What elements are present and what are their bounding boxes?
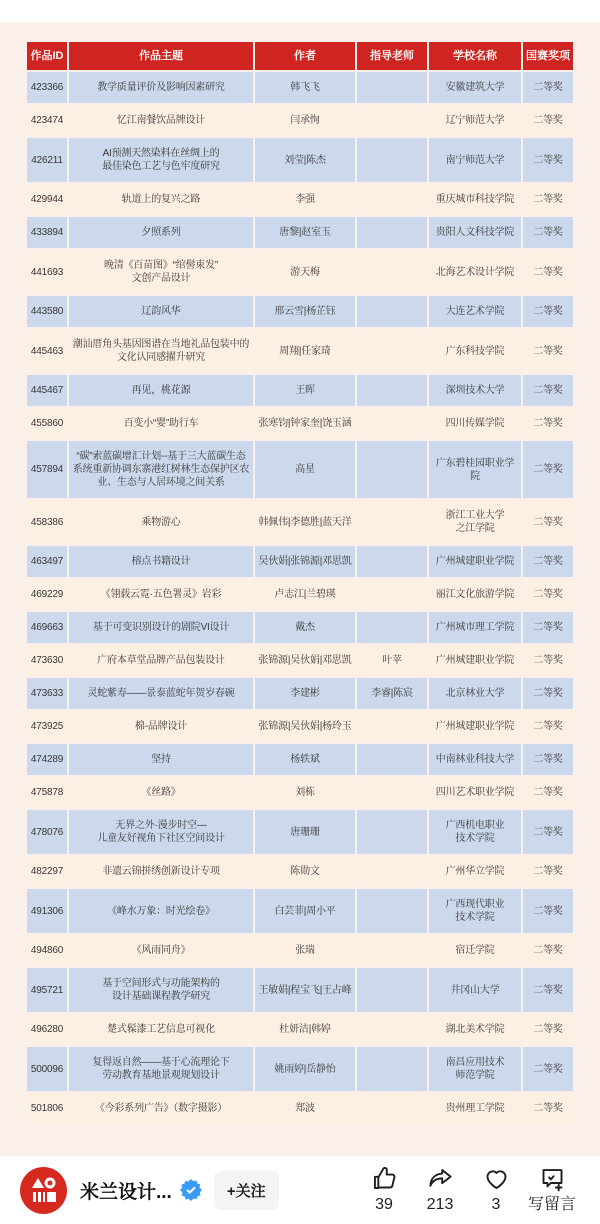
cell-award: 二等奖 <box>523 856 573 887</box>
table-row: 433894夕照系列唐黎|赵室玉贵阳人文科技学院二等奖 <box>27 217 573 248</box>
cell-school: 广州城建职业学院 <box>429 546 521 577</box>
cell-advisor <box>357 1093 427 1124</box>
cell-school: 安徽建筑大学 <box>429 72 521 103</box>
cell-school: 贵州理工学院 <box>429 1093 521 1124</box>
cell-advisor: 李睿|陈宸 <box>357 678 427 709</box>
cell-authors: 杨轶斌 <box>255 744 355 775</box>
cell-advisor <box>357 889 427 933</box>
cell-school: 丽江文化旅游学院 <box>429 579 521 610</box>
cell-title: 基于空间形式与功能架构的 设计基础课程教学研究 <box>69 968 253 1012</box>
comment-label: 写留言 <box>528 1195 576 1214</box>
cell-id: 475878 <box>27 777 67 808</box>
cell-authors: 白芸菲|周小平 <box>255 889 355 933</box>
table-row: 463497榕点书籍设计吴伙娟|张锦源|邓思凯广州城建职业学院二等奖 <box>27 546 573 577</box>
table-row: 455860百变小“婴”助行车张寒钧|钟家奎|饶玉涵四川传媒学院二等奖 <box>27 408 573 439</box>
cell-id: 426211 <box>27 138 67 182</box>
screen: 作品ID作品主题作者指导老师学校名称国赛奖项 423366教学质量评价及影响因素… <box>0 0 600 1224</box>
table-row: 445463潮汕厝角头基因图谱在当地礼品包装中的 文化认同感擢升研究周翔|任家琦… <box>27 329 573 373</box>
cell-advisor <box>357 579 427 610</box>
cell-title: 乘物游心 <box>69 500 253 544</box>
cell-authors: 闫承恂 <box>255 105 355 136</box>
cell-advisor <box>357 138 427 182</box>
cell-school: 广州城建职业学院 <box>429 645 521 676</box>
cell-school: 广州城建职业学院 <box>429 711 521 742</box>
cell-id: 433894 <box>27 217 67 248</box>
table-row: 494860《风雨同舟》张瑞宿迁学院二等奖 <box>27 935 573 966</box>
cell-school: 广西机电职业 技术学院 <box>429 810 521 854</box>
follow-button[interactable]: +关注 <box>214 1171 279 1210</box>
cell-school: 广州城市理工学院 <box>429 612 521 643</box>
cell-award: 二等奖 <box>523 250 573 294</box>
cell-school: 广州华立学院 <box>429 856 521 887</box>
table-row: 423474忆江南餐饮品牌设计闫承恂辽宁师范大学二等奖 <box>27 105 573 136</box>
cell-id: 463497 <box>27 546 67 577</box>
cell-advisor <box>357 777 427 808</box>
cell-title: 《风雨同舟》 <box>69 935 253 966</box>
cell-id: 496280 <box>27 1014 67 1045</box>
cell-advisor <box>357 105 427 136</box>
cell-title: 《翎载云霓·五色署灵》岩彩 <box>69 579 253 610</box>
table-row: 500096复得返自然——基于心流理论下 劳动教育基地景观规划设计姚雨婷|岳静怡… <box>27 1047 573 1091</box>
cell-title: 无界之外·漫步时空— 儿童友好视角下社区空间设计 <box>69 810 253 854</box>
cell-title: 晚清《百苗图》“绾髻束发” 文创产品设计 <box>69 250 253 294</box>
cell-school: 井冈山大学 <box>429 968 521 1012</box>
cell-award: 二等奖 <box>523 184 573 215</box>
cell-id: 423366 <box>27 72 67 103</box>
cell-advisor <box>357 1047 427 1091</box>
table-row: 441693晚清《百苗图》“绾髻束发” 文创产品设计游天梅北海艺术设计学院二等奖 <box>27 250 573 294</box>
cell-authors: 唐珊珊 <box>255 810 355 854</box>
cell-award: 二等奖 <box>523 579 573 610</box>
cell-school: 南昌应用技术 师范学院 <box>429 1047 521 1091</box>
cell-school: 北京林业大学 <box>429 678 521 709</box>
cell-award: 二等奖 <box>523 935 573 966</box>
cell-advisor <box>357 184 427 215</box>
table-row: 458386乘物游心韩佩伟|李德胜|蓝天洋浙江工业大学 之江学院二等奖 <box>27 500 573 544</box>
cell-id: 423474 <box>27 105 67 136</box>
table-row: 423366教学质量评价及影响因素研究韩飞飞安徽建筑大学二等奖 <box>27 72 573 103</box>
like-count: 39 <box>375 1195 393 1214</box>
cell-advisor <box>357 375 427 406</box>
cell-advisor <box>357 1014 427 1045</box>
cell-id: 473925 <box>27 711 67 742</box>
cell-title: 基于可变识别设计的剧院VI设计 <box>69 612 253 643</box>
cell-school: 浙江工业大学 之江学院 <box>429 500 521 544</box>
cell-school: 辽宁师范大学 <box>429 105 521 136</box>
cell-award: 二等奖 <box>523 711 573 742</box>
cell-award: 二等奖 <box>523 810 573 854</box>
cell-school: 宿迁学院 <box>429 935 521 966</box>
cell-authors: 韩佩伟|李德胜|蓝天洋 <box>255 500 355 544</box>
column-header: 国赛奖项 <box>523 42 573 70</box>
cell-school: 四川传媒学院 <box>429 408 521 439</box>
cell-award: 二等奖 <box>523 72 573 103</box>
cell-advisor <box>357 968 427 1012</box>
cell-school: 湖北美术学院 <box>429 1014 521 1045</box>
table-row: 473630广府本草堂品牌产品包装设计张锦源|吴伙娟|邓思凯叶苹广州城建职业学院… <box>27 645 573 676</box>
cell-advisor <box>357 408 427 439</box>
cell-authors: 李强 <box>255 184 355 215</box>
table-row: 475878《丝路》刘栋四川艺术职业学院二等奖 <box>27 777 573 808</box>
cell-award: 二等奖 <box>523 408 573 439</box>
cell-advisor <box>357 441 427 498</box>
cell-authors: 周翔|任家琦 <box>255 329 355 373</box>
cell-advisor <box>357 935 427 966</box>
cell-award: 二等奖 <box>523 105 573 136</box>
cell-id: 500096 <box>27 1047 67 1091</box>
cell-id: 469229 <box>27 579 67 610</box>
cell-award: 二等奖 <box>523 1093 573 1124</box>
cell-award: 二等奖 <box>523 546 573 577</box>
cell-award: 二等奖 <box>523 645 573 676</box>
cell-title: 再见，桃花源 <box>69 375 253 406</box>
column-header: 作者 <box>255 42 355 70</box>
cell-title: 坚持 <box>69 744 253 775</box>
table-row: 469229《翎载云霓·五色署灵》岩彩卢志江|兰碧瑛丽江文化旅游学院二等奖 <box>27 579 573 610</box>
column-header: 作品主题 <box>69 42 253 70</box>
cell-school: 深圳技术大学 <box>429 375 521 406</box>
avatar[interactable] <box>20 1167 67 1214</box>
cell-title: 非遗云锦拼绣创新设计专项 <box>69 856 253 887</box>
footer-bar: 米兰设计... +关注 39 213 <box>0 1156 600 1224</box>
cell-school: 南宁师范大学 <box>429 138 521 182</box>
cell-authors: 王晖 <box>255 375 355 406</box>
cell-id: 482297 <box>27 856 67 887</box>
cell-authors: 刘栋 <box>255 777 355 808</box>
cell-award: 二等奖 <box>523 375 573 406</box>
cell-advisor <box>357 250 427 294</box>
awards-table: 作品ID作品主题作者指导老师学校名称国赛奖项 423366教学质量评价及影响因素… <box>25 40 575 1126</box>
cell-advisor <box>357 217 427 248</box>
cell-id: 474289 <box>27 744 67 775</box>
cell-school: 重庆城市科技学院 <box>429 184 521 215</box>
cell-title: 轨道上的复兴之路 <box>69 184 253 215</box>
cell-authors: 戴杰 <box>255 612 355 643</box>
cell-advisor <box>357 612 427 643</box>
cell-authors: 邢云雪|杨芷钰 <box>255 296 355 327</box>
cell-id: 455860 <box>27 408 67 439</box>
cell-title: 广府本草堂品牌产品包装设计 <box>69 645 253 676</box>
cell-title: 棉-品牌设计 <box>69 711 253 742</box>
cell-advisor <box>357 72 427 103</box>
table-row: 473633灵蛇紫寿——景泰蓝蛇年贺岁春碗李建彬李睿|陈宸北京林业大学二等奖 <box>27 678 573 709</box>
cell-authors: 杜妍洁|韩婷 <box>255 1014 355 1045</box>
table-row: 443580辽韵风华邢云雪|杨芷钰大连艺术学院二等奖 <box>27 296 573 327</box>
cell-award: 二等奖 <box>523 296 573 327</box>
cell-award: 二等奖 <box>523 217 573 248</box>
cell-school: 贵阳人文科技学院 <box>429 217 521 248</box>
cell-award: 二等奖 <box>523 500 573 544</box>
cell-title: 楚式髹漆工艺信息可视化 <box>69 1014 253 1045</box>
cell-id: 478076 <box>27 810 67 854</box>
cell-authors: 唐黎|赵室玉 <box>255 217 355 248</box>
cell-title: 忆江南餐饮品牌设计 <box>69 105 253 136</box>
comment-plus-icon <box>539 1165 566 1192</box>
column-header: 指导老师 <box>357 42 427 70</box>
cell-school: 广西现代职业 技术学院 <box>429 889 521 933</box>
table-row: 445467再见，桃花源王晖深圳技术大学二等奖 <box>27 375 573 406</box>
cell-authors: 韩飞飞 <box>255 72 355 103</box>
share-arrow-icon <box>427 1165 454 1192</box>
cell-title: 辽韵风华 <box>69 296 253 327</box>
cell-authors: 刘莹|陈杰 <box>255 138 355 182</box>
cell-id: 501806 <box>27 1093 67 1124</box>
favorite-button[interactable]: 3 <box>468 1165 524 1214</box>
cell-id: 445467 <box>27 375 67 406</box>
comment-button[interactable]: 写留言 <box>524 1165 580 1214</box>
cell-title: 榕点书籍设计 <box>69 546 253 577</box>
cell-id: 457894 <box>27 441 67 498</box>
cell-id: 443580 <box>27 296 67 327</box>
column-header: 作品ID <box>27 42 67 70</box>
cell-school: 北海艺术设计学院 <box>429 250 521 294</box>
table-row: 496280楚式髹漆工艺信息可视化杜妍洁|韩婷湖北美术学院二等奖 <box>27 1014 573 1045</box>
cell-advisor <box>357 329 427 373</box>
cell-authors: 吴伙娟|张锦源|邓思凯 <box>255 546 355 577</box>
cell-school: 广东科技学院 <box>429 329 521 373</box>
cell-title: AI预测天然染料在丝绸上的 最佳染色工艺与色牢度研究 <box>69 138 253 182</box>
awards-post-image[interactable]: 作品ID作品主题作者指导老师学校名称国赛奖项 423366教学质量评价及影响因素… <box>0 22 600 1156</box>
table-row: 473925棉-品牌设计张锦源|吴伙娟|杨玲玉广州城建职业学院二等奖 <box>27 711 573 742</box>
cell-award: 二等奖 <box>523 744 573 775</box>
cell-id: 473633 <box>27 678 67 709</box>
milan-design-logo-icon <box>31 1177 57 1203</box>
cell-title: 灵蛇紫寿——景泰蓝蛇年贺岁春碗 <box>69 678 253 709</box>
table-row: 478076无界之外·漫步时空— 儿童友好视角下社区空间设计唐珊珊广西机电职业 … <box>27 810 573 854</box>
cell-advisor: 叶苹 <box>357 645 427 676</box>
cell-id: 469663 <box>27 612 67 643</box>
cell-authors: 张锦源|吴伙娟|杨玲玉 <box>255 711 355 742</box>
cell-authors: 李建彬 <box>255 678 355 709</box>
cell-authors: 陈勋文 <box>255 856 355 887</box>
table-row: 495721基于空间形式与功能架构的 设计基础课程教学研究王敏娟|程宝飞|王占峰… <box>27 968 573 1012</box>
cell-id: 458386 <box>27 500 67 544</box>
cell-title: 教学质量评价及影响因素研究 <box>69 72 253 103</box>
like-button[interactable]: 39 <box>356 1165 412 1214</box>
cell-award: 二等奖 <box>523 968 573 1012</box>
cell-authors: 郑波 <box>255 1093 355 1124</box>
cell-advisor <box>357 500 427 544</box>
cell-award: 二等奖 <box>523 138 573 182</box>
cell-authors: 高星 <box>255 441 355 498</box>
share-count: 213 <box>427 1195 454 1214</box>
cell-advisor <box>357 810 427 854</box>
table-row: 501806《今彩系列广告》（数字摄影）郑波贵州理工学院二等奖 <box>27 1093 573 1124</box>
cell-advisor <box>357 711 427 742</box>
table-row: 426211AI预测天然染料在丝绸上的 最佳染色工艺与色牢度研究刘莹|陈杰南宁师… <box>27 138 573 182</box>
cell-advisor <box>357 744 427 775</box>
cell-award: 二等奖 <box>523 889 573 933</box>
cell-title: 百变小“婴”助行车 <box>69 408 253 439</box>
table-header-row: 作品ID作品主题作者指导老师学校名称国赛奖项 <box>27 42 573 70</box>
table-row: 474289坚持杨轶斌中南林业科技大学二等奖 <box>27 744 573 775</box>
cell-award: 二等奖 <box>523 441 573 498</box>
table-row: 429944轨道上的复兴之路李强重庆城市科技学院二等奖 <box>27 184 573 215</box>
cell-authors: 张锦源|吴伙娟|邓思凯 <box>255 645 355 676</box>
cell-title: 《今彩系列广告》（数字摄影） <box>69 1093 253 1124</box>
cell-id: 441693 <box>27 250 67 294</box>
cell-title: 潮汕厝角头基因图谱在当地礼品包装中的 文化认同感擢升研究 <box>69 329 253 373</box>
table-row: 469663基于可变识别设计的剧院VI设计戴杰广州城市理工学院二等奖 <box>27 612 573 643</box>
cell-advisor <box>357 546 427 577</box>
cell-authors: 张寒钧|钟家奎|饶玉涵 <box>255 408 355 439</box>
cell-advisor <box>357 296 427 327</box>
cell-award: 二等奖 <box>523 1014 573 1045</box>
cell-school: 中南林业科技大学 <box>429 744 521 775</box>
cell-title: 夕照系列 <box>69 217 253 248</box>
cell-award: 二等奖 <box>523 777 573 808</box>
table-row: 482297非遗云锦拼绣创新设计专项陈勋文广州华立学院二等奖 <box>27 856 573 887</box>
column-header: 学校名称 <box>429 42 521 70</box>
account-name[interactable]: 米兰设计... <box>80 1177 172 1204</box>
cell-award: 二等奖 <box>523 612 573 643</box>
heart-icon <box>483 1165 510 1192</box>
cell-id: 494860 <box>27 935 67 966</box>
cell-title: 复得返自然——基于心流理论下 劳动教育基地景观规划设计 <box>69 1047 253 1091</box>
cell-school: 四川艺术职业学院 <box>429 777 521 808</box>
cell-advisor <box>357 856 427 887</box>
cell-award: 二等奖 <box>523 678 573 709</box>
cell-id: 429944 <box>27 184 67 215</box>
cell-award: 二等奖 <box>523 329 573 373</box>
cell-authors: 王敏娟|程宝飞|王占峰 <box>255 968 355 1012</box>
cell-authors: 张瑞 <box>255 935 355 966</box>
cell-authors: 卢志江|兰碧瑛 <box>255 579 355 610</box>
table-row: 457894“碳”索蓝碳增汇计划--基于三大蓝碳生态 系统重新协调东寨港红树林生… <box>27 441 573 498</box>
thumbs-up-icon <box>371 1165 398 1192</box>
cell-id: 495721 <box>27 968 67 1012</box>
cell-title: 《峰水万象：时光绘卷》 <box>69 889 253 933</box>
favorite-count: 3 <box>492 1195 501 1214</box>
cell-id: 445463 <box>27 329 67 373</box>
cell-title: 《丝路》 <box>69 777 253 808</box>
cell-authors: 游天梅 <box>255 250 355 294</box>
cell-school: 广东碧桂园职业学院 <box>429 441 521 498</box>
actions-bar: 39 213 3 写留言 <box>356 1165 580 1214</box>
verified-badge-icon <box>180 1179 202 1201</box>
cell-authors: 姚雨婷|岳静怡 <box>255 1047 355 1091</box>
cell-id: 473630 <box>27 645 67 676</box>
share-button[interactable]: 213 <box>412 1165 468 1214</box>
table-row: 491306《峰水万象：时光绘卷》白芸菲|周小平广西现代职业 技术学院二等奖 <box>27 889 573 933</box>
cell-school: 大连艺术学院 <box>429 296 521 327</box>
cell-title: “碳”索蓝碳增汇计划--基于三大蓝碳生态 系统重新协调东寨港红树林生态保护区农 … <box>69 441 253 498</box>
cell-id: 491306 <box>27 889 67 933</box>
cell-award: 二等奖 <box>523 1047 573 1091</box>
